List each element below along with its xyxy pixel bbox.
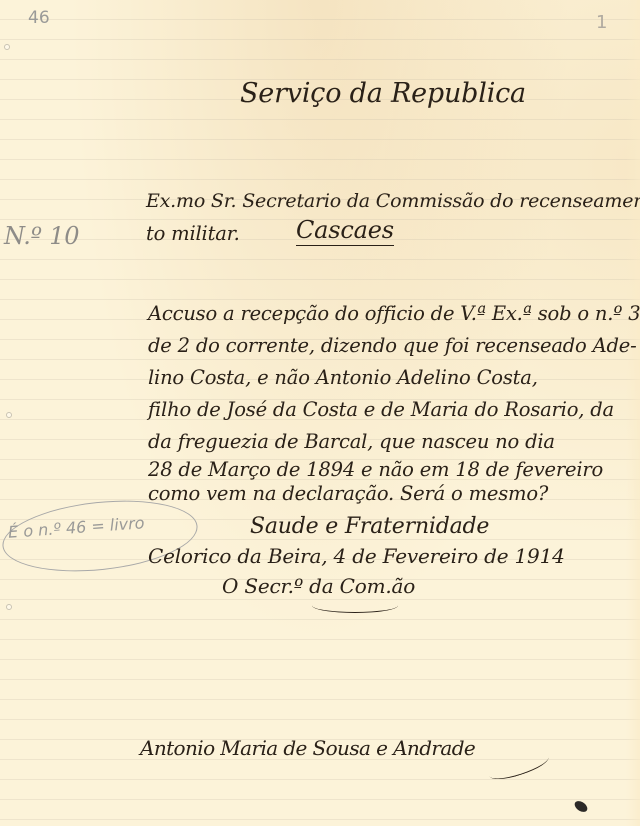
reference-number: N.º 10 <box>4 222 79 250</box>
page-number: 1 <box>596 12 607 33</box>
signature: Antonio Maria de Sousa e Andrade <box>140 736 475 760</box>
closing: Saude e Fraternidade <box>250 514 489 539</box>
punch-hole <box>6 604 12 610</box>
role-flourish <box>312 598 398 613</box>
body-line: Accuso a recepção do officio de V.ª Ex.ª… <box>148 302 640 325</box>
archive-number: 46 <box>28 8 50 28</box>
document-page: 46 1 Serviço da Republica N.º 10 Ex.mo S… <box>0 0 640 826</box>
paper-edge <box>626 0 640 826</box>
signature-flourish <box>487 749 551 784</box>
body-line: filho de José da Costa e de Maria do Ros… <box>148 398 614 421</box>
letterhead: Serviço da Republica <box>240 78 526 109</box>
addressee-place: Cascaes <box>296 216 394 246</box>
addressee-line-2: to militar. <box>146 222 240 245</box>
punch-hole <box>6 412 12 418</box>
body-line: de 2 do corrente, dizendo que foi recens… <box>148 334 636 357</box>
body-line: como vem na declaração. Será o mesmo? <box>148 482 548 505</box>
ink-blot <box>573 799 590 814</box>
signer-role: O Secr.º da Com.ão <box>222 574 415 598</box>
dateline: Celorico da Beira, 4 de Fevereiro de 191… <box>148 544 565 568</box>
body-line: lino Costa, e não Antonio Adelino Costa, <box>148 366 538 389</box>
body-line: da freguezia de Barcal, que nasceu no di… <box>148 430 555 453</box>
addressee-line-1: Ex.mo Sr. Secretario da Commissão do rec… <box>146 190 640 212</box>
body-line: 28 de Março de 1894 e não em 18 de fever… <box>148 458 603 481</box>
punch-hole <box>4 44 10 50</box>
